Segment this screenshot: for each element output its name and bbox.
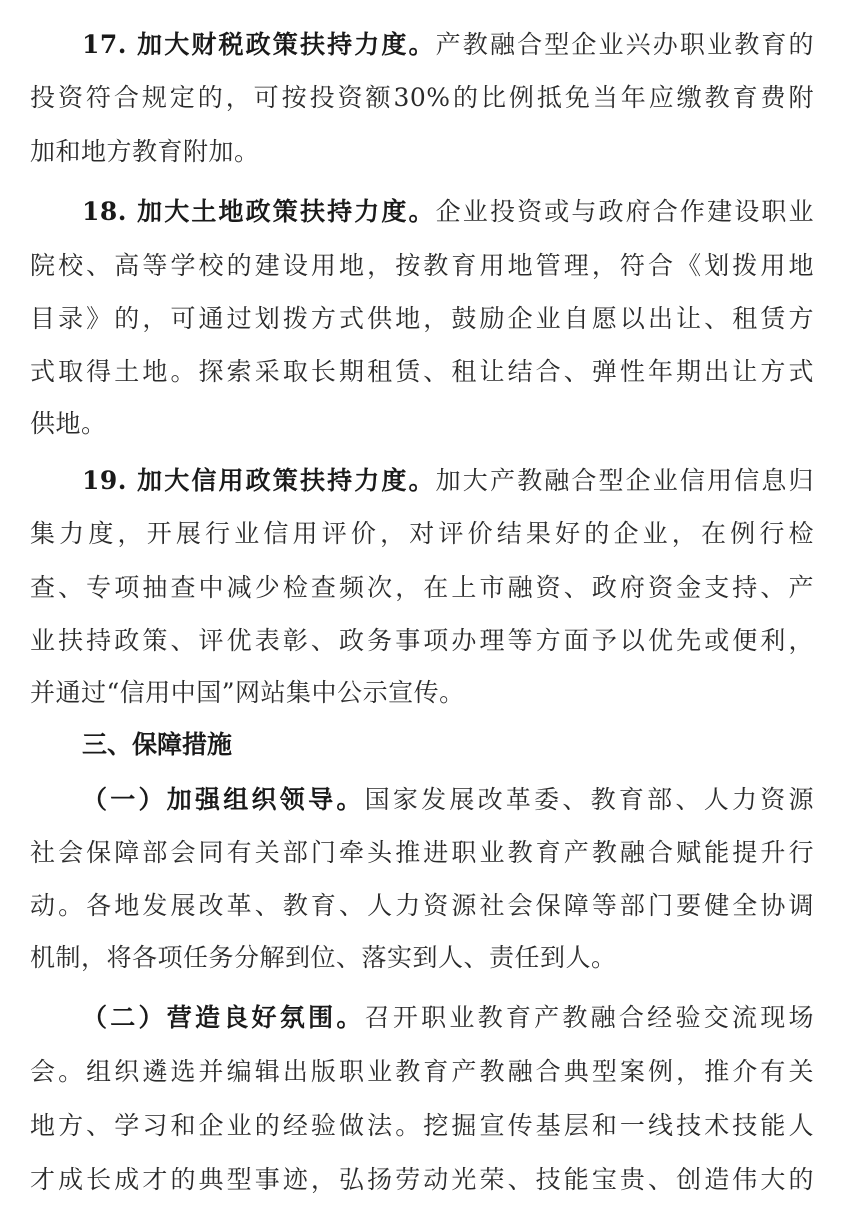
- item-19-number: 19.: [82, 466, 127, 495]
- subsection-2-line-3: 地方、学习和企业的经验做法。挖掘宣传基层和一线技术技能人: [30, 1106, 814, 1146]
- paragraph-19-line-2: 集力度，开展行业信用评价，对评价结果好的企业，在例行检: [30, 514, 814, 554]
- subsection-2-title: （二）营造良好氛围。: [82, 1003, 365, 1032]
- paragraph-19-line-1: 19. 加大信用政策扶持力度。加大产教融合型企业信用信息归: [82, 461, 814, 501]
- item-17-number: 17.: [82, 30, 127, 59]
- subsection-1-line-1: （一）加强组织领导。国家发展改革委、教育部、人力资源: [82, 780, 814, 820]
- paragraph-19-line-5: 并通过“信用中国”网站集中公示宣传。: [30, 673, 814, 713]
- subsection-1-text: 国家发展改革委、教育部、人力资源: [365, 785, 814, 814]
- item-18-number: 18.: [82, 197, 127, 226]
- section-heading-safeguards: 三、保障措施: [82, 725, 232, 765]
- item-18-title: 加大土地政策扶持力度。: [137, 197, 436, 226]
- paragraph-17-line-3: 加和地方教育附加。: [30, 132, 814, 172]
- paragraph-17-line-2: 投资符合规定的，可按投资额30%的比例抵免当年应缴教育费附: [30, 78, 814, 118]
- item-19-text: 加大产教融合型企业信用信息归: [436, 466, 814, 495]
- subsection-2-line-2: 会。组织遴选并编辑出版职业教育产教融合典型案例，推介有关: [30, 1052, 814, 1092]
- subsection-1-line-3: 动。各地发展改革、教育、人力资源社会保障等部门要健全协调: [30, 886, 814, 926]
- paragraph-18-line-3: 目录》的，可通过划拨方式供地，鼓励企业自愿以出让、租赁方: [30, 299, 814, 339]
- item-17-title: 加大财税政策扶持力度。: [137, 30, 436, 59]
- subsection-2-line-4: 才成长成才的典型事迹，弘扬劳动光荣、技能宝贵、创造伟大的: [30, 1160, 814, 1200]
- item-18-text: 企业投资或与政府合作建设职业: [436, 197, 814, 226]
- paragraph-18-line-4: 式取得土地。探索采取长期租赁、租让结合、弹性年期出让方式: [30, 352, 814, 392]
- paragraph-19-line-4: 业扶持政策、评优表彰、政务事项办理等方面予以优先或便利，: [30, 621, 814, 661]
- document-page: 17. 加大财税政策扶持力度。产教融合型企业兴办职业教育的 投资符合规定的，可按…: [0, 0, 846, 1216]
- item-17-text: 产教融合型企业兴办职业教育的: [436, 30, 814, 59]
- subsection-1-title: （一）加强组织领导。: [82, 785, 365, 814]
- subsection-1-line-2: 社会保障部会同有关部门牵头推进职业教育产教融合赋能提升行: [30, 833, 814, 873]
- paragraph-18-line-2: 院校、高等学校的建设用地，按教育用地管理，符合《划拨用地: [30, 246, 814, 286]
- paragraph-17-line-1: 17. 加大财税政策扶持力度。产教融合型企业兴办职业教育的: [82, 25, 814, 65]
- subsection-2-text: 召开职业教育产教融合经验交流现场: [365, 1003, 814, 1032]
- paragraph-18-line-5: 供地。: [30, 404, 814, 444]
- paragraph-18-line-1: 18. 加大土地政策扶持力度。企业投资或与政府合作建设职业: [82, 192, 814, 232]
- paragraph-19-line-3: 查、专项抽查中减少检查频次，在上市融资、政府资金支持、产: [30, 568, 814, 608]
- subsection-1-line-4: 机制，将各项任务分解到位、落实到人、责任到人。: [30, 938, 814, 978]
- item-19-title: 加大信用政策扶持力度。: [137, 466, 436, 495]
- subsection-2-line-1: （二）营造良好氛围。召开职业教育产教融合经验交流现场: [82, 998, 814, 1038]
